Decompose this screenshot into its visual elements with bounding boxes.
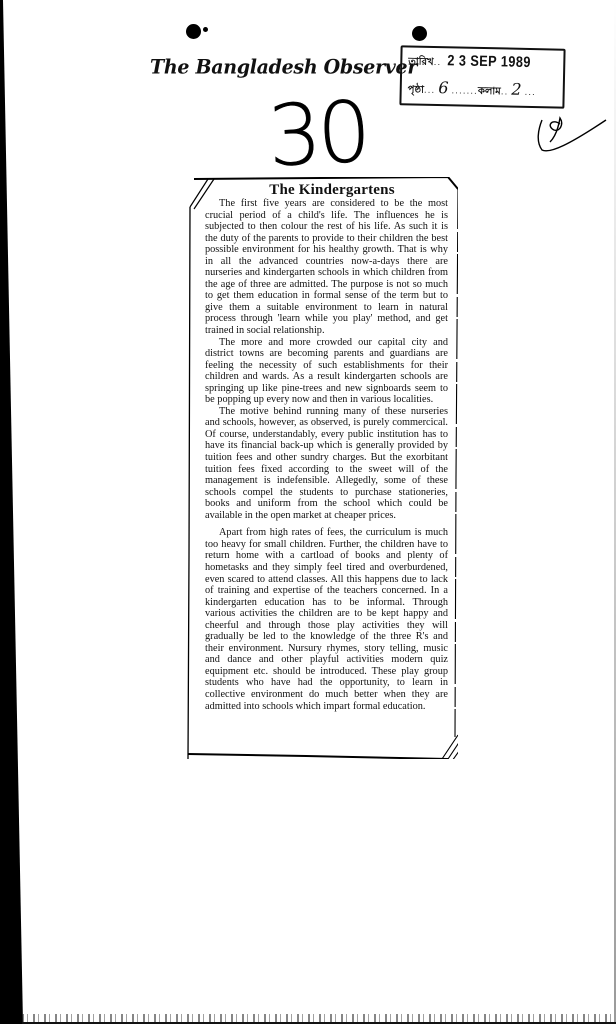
article-paragraph: The motive behind running many of these … <box>205 406 448 521</box>
stamp-date-label: তারিখ <box>408 54 434 72</box>
stamp-column-label: কলাম <box>478 84 501 101</box>
scan-border <box>0 0 30 1024</box>
stamp-dots: .. <box>434 57 442 68</box>
stamp-date-value: 2 3 SEP 1989 <box>447 52 531 71</box>
stamp-dots: ... <box>424 85 436 96</box>
stamp-date-row: তারিখ .. 2 3 SEP 1989 <box>408 51 559 74</box>
article-clipping: The Kindergartens The first five years a… <box>186 177 458 759</box>
punch-hole-left <box>186 24 201 39</box>
stamp-column-value: 2 <box>511 80 522 99</box>
punch-dot <box>203 27 208 32</box>
stamp-page-row: পৃষ্ঠা ... 6 ....... কলাম .. 2 ... <box>408 77 559 102</box>
handwritten-page-number: 30 <box>266 89 369 178</box>
stamp-page-value: 6 <box>438 78 449 97</box>
stamp-dots: .. <box>501 86 509 97</box>
stamp-page-label: পৃষ্ঠা <box>408 82 425 99</box>
article-body: The first five years are considered to b… <box>205 198 448 712</box>
stamp-dots: ... <box>524 87 536 98</box>
handwritten-corner-mark <box>530 108 610 154</box>
date-stamp: তারিখ .. 2 3 SEP 1989 পৃষ্ঠা ... 6 .....… <box>399 45 565 108</box>
article-paragraph: The first five years are considered to b… <box>205 198 448 337</box>
stamp-dots: ....... <box>451 85 478 97</box>
article-paragraph: The more and more crowded our capital ci… <box>205 337 448 406</box>
article-paragraph: Apart from high rates of fees, the curri… <box>205 527 448 712</box>
article-title: The Kindergartens <box>186 182 458 199</box>
newspaper-masthead: The Bangladesh Observer <box>150 55 417 78</box>
punch-hole-right <box>412 26 427 41</box>
